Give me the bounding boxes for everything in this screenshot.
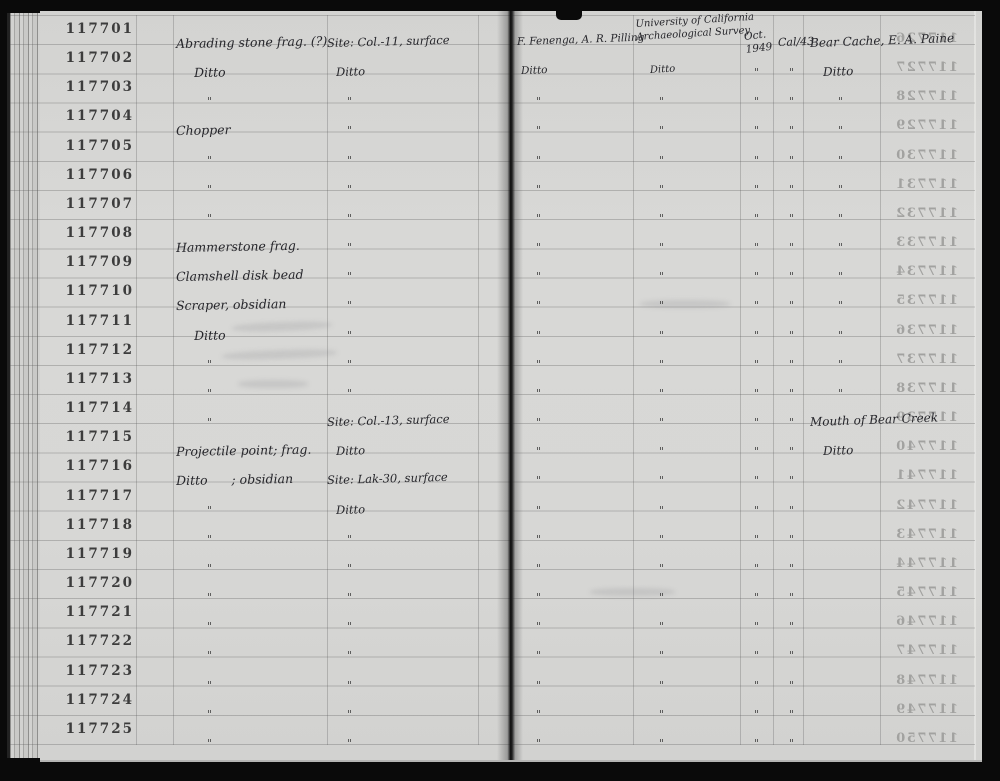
column-rule <box>633 15 634 745</box>
collector-entry: " <box>536 679 541 692</box>
description-entry: Clamshell disk bead <box>176 267 304 284</box>
institution-entry: " <box>659 212 664 225</box>
catalog-number: 117704 <box>40 108 134 124</box>
site-entry: " <box>347 358 352 371</box>
description-entry: Projectile point; frag. <box>176 442 312 459</box>
catalog-number: 117714 <box>40 400 134 416</box>
institution-entry: " <box>659 620 664 633</box>
accession-entry: " <box>789 387 794 400</box>
date-entry: " <box>754 533 759 546</box>
accession-entry: " <box>789 212 794 225</box>
ghost-number: 117735 <box>880 293 958 308</box>
collector-entry: Ditto <box>521 64 548 77</box>
description-entry: " <box>207 562 212 575</box>
institution-entry: " <box>659 679 664 692</box>
ghost-number: 117740 <box>880 439 958 454</box>
ledger-photo: 117701117726Abrading stone frag. (?)Site… <box>0 0 1000 781</box>
collector-entry: " <box>536 562 541 575</box>
catalog-number: 117703 <box>40 79 134 95</box>
accession-entry: " <box>789 533 794 546</box>
site-entry: Ditto <box>336 502 365 517</box>
accession-entry: " <box>789 183 794 196</box>
ghost-number: 117733 <box>880 235 958 250</box>
description-entry: " <box>207 212 212 225</box>
binding-notch <box>556 11 582 20</box>
collector-entry: " <box>536 649 541 662</box>
locality-entry: " <box>838 241 843 254</box>
site-entry: Ditto <box>336 64 365 79</box>
ghost-number: 117746 <box>880 614 958 629</box>
institution-entry: " <box>659 241 664 254</box>
column-rule <box>740 15 741 745</box>
ghost-number: 117741 <box>880 468 958 483</box>
ghost-number: 117732 <box>880 206 958 221</box>
institution-entry: " <box>659 533 664 546</box>
accession-entry: " <box>789 620 794 633</box>
column-rule <box>803 15 804 745</box>
date-entry: " <box>754 445 759 458</box>
date-entry: " <box>754 737 759 750</box>
catalog-number: 117705 <box>40 138 134 154</box>
locality-entry: Ditto <box>823 443 854 458</box>
catalog-number: 117710 <box>40 283 134 299</box>
site-entry: " <box>347 212 352 225</box>
date-entry: Oct.1949 <box>743 28 773 57</box>
accession-entry: " <box>789 679 794 692</box>
collector-entry: " <box>536 329 541 342</box>
catalog-number: 117725 <box>40 721 134 737</box>
date-entry: " <box>754 124 759 137</box>
catalog-number: 117722 <box>40 633 134 649</box>
accession-entry: " <box>789 299 794 312</box>
description-entry: " <box>207 679 212 692</box>
ink-bleedthrough-smudge <box>238 380 308 388</box>
institution-entry: " <box>659 562 664 575</box>
date-entry: " <box>754 66 759 79</box>
institution-entry: " <box>659 649 664 662</box>
accession-entry: " <box>789 95 794 108</box>
description-entry: " <box>207 387 212 400</box>
description-entry: " <box>207 533 212 546</box>
catalog-number: 117716 <box>40 458 134 474</box>
description-entry: " <box>207 591 212 604</box>
catalog-number: 117718 <box>40 517 134 533</box>
date-entry: " <box>754 416 759 429</box>
catalog-number: 117720 <box>40 575 134 591</box>
description-entry: " <box>207 708 212 721</box>
site-entry: " <box>347 329 352 342</box>
site-entry: " <box>347 154 352 167</box>
site-entry: " <box>347 533 352 546</box>
ghost-number: 117730 <box>880 148 958 163</box>
column-rule <box>136 15 137 745</box>
collector-entry: " <box>536 445 541 458</box>
locality-entry: " <box>838 124 843 137</box>
description-entry: " <box>207 154 212 167</box>
collector-entry: " <box>536 416 541 429</box>
ghost-number: 117731 <box>880 177 958 192</box>
site-entry: " <box>347 299 352 312</box>
institution-entry: " <box>659 124 664 137</box>
institution-entry: " <box>659 95 664 108</box>
date-entry: " <box>754 649 759 662</box>
ghost-number: 117734 <box>880 264 958 279</box>
site-entry: " <box>347 620 352 633</box>
collector-entry: " <box>536 591 541 604</box>
page-gutter <box>497 11 523 760</box>
date-entry: " <box>754 708 759 721</box>
description-entry: " <box>207 416 212 429</box>
date-entry: " <box>754 358 759 371</box>
site-entry: " <box>347 270 352 283</box>
description-entry: Abrading stone frag. (?) <box>176 33 328 51</box>
description-entry: " <box>207 620 212 633</box>
locality-entry: " <box>838 358 843 371</box>
description-entry: Ditto <box>194 327 226 343</box>
site-entry: " <box>347 679 352 692</box>
ghost-number: 117736 <box>880 323 958 338</box>
catalog-number: 117717 <box>40 488 134 504</box>
collector-entry: " <box>536 708 541 721</box>
site-entry: " <box>347 95 352 108</box>
site-entry: " <box>347 124 352 137</box>
institution-entry: " <box>659 358 664 371</box>
institution-entry: " <box>659 708 664 721</box>
catalog-number: 117712 <box>40 342 134 358</box>
catalog-number: 117702 <box>40 50 134 66</box>
description-entry: Ditto ; obsidian <box>176 471 293 488</box>
ghost-number: 117737 <box>880 352 958 367</box>
description-entry: Ditto <box>194 65 226 81</box>
site-entry: " <box>347 241 352 254</box>
description-entry: " <box>207 358 212 371</box>
institution-entry: Ditto <box>650 64 676 77</box>
site-entry: Ditto <box>336 443 365 458</box>
date-entry: " <box>754 154 759 167</box>
site-entry: " <box>347 387 352 400</box>
accession-entry: " <box>789 737 794 750</box>
catalog-number: 117701 <box>40 21 134 37</box>
collector-entry: " <box>536 504 541 517</box>
collector-entry: " <box>536 241 541 254</box>
locality-entry: " <box>838 299 843 312</box>
ghost-number: 117745 <box>880 585 958 600</box>
institution-entry: " <box>659 445 664 458</box>
date-entry: " <box>754 95 759 108</box>
catalog-number: 117724 <box>40 692 134 708</box>
date-entry: " <box>754 591 759 604</box>
accession-entry: " <box>789 124 794 137</box>
accession-entry: " <box>789 241 794 254</box>
collector-entry: " <box>536 474 541 487</box>
description-entry: " <box>207 737 212 750</box>
column-rule <box>173 15 174 745</box>
site-entry: " <box>347 737 352 750</box>
collector-entry: " <box>536 737 541 750</box>
accession-entry: " <box>789 562 794 575</box>
collector-entry: " <box>536 212 541 225</box>
collector-entry: " <box>536 95 541 108</box>
date-entry: " <box>754 474 759 487</box>
catalog-number: 117709 <box>40 254 134 270</box>
ghost-number: 117742 <box>880 498 958 513</box>
site-entry: " <box>347 649 352 662</box>
institution-entry: " <box>659 474 664 487</box>
date-entry: " <box>754 679 759 692</box>
catalog-number: 117706 <box>40 167 134 183</box>
date-entry: " <box>754 183 759 196</box>
collector-entry: " <box>536 533 541 546</box>
catalog-number: 117715 <box>40 429 134 445</box>
accession-entry: " <box>789 474 794 487</box>
ghost-number: 117747 <box>880 643 958 658</box>
site-entry: " <box>347 562 352 575</box>
ghost-number: 117749 <box>880 702 958 717</box>
date-entry: " <box>754 212 759 225</box>
ghost-number: 117750 <box>880 731 958 746</box>
catalog-number: 117723 <box>40 663 134 679</box>
institution-entry: " <box>659 387 664 400</box>
locality-entry: " <box>838 212 843 225</box>
description-entry: Chopper <box>176 123 231 139</box>
catalog-number: 117708 <box>40 225 134 241</box>
institution-entry: " <box>659 329 664 342</box>
site-entry: " <box>347 183 352 196</box>
description-entry: " <box>207 649 212 662</box>
date-entry: " <box>754 270 759 283</box>
date-entry: " <box>754 620 759 633</box>
ghost-number: 117738 <box>880 381 958 396</box>
institution-entry: " <box>659 154 664 167</box>
collector-entry: " <box>536 270 541 283</box>
accession-entry: " <box>789 66 794 79</box>
institution-entry: " <box>659 270 664 283</box>
accession-entry: " <box>789 591 794 604</box>
ghost-number: 117728 <box>880 89 958 104</box>
accession-entry: " <box>789 329 794 342</box>
catalog-number: 117713 <box>40 371 134 387</box>
catalog-number: 117719 <box>40 546 134 562</box>
accession-entry: " <box>789 154 794 167</box>
site-entry: " <box>347 708 352 721</box>
ink-bleedthrough-smudge <box>640 300 730 308</box>
collector-entry: " <box>536 183 541 196</box>
catalog-number: 117707 <box>40 196 134 212</box>
accession-entry: " <box>789 649 794 662</box>
institution-entry: " <box>659 183 664 196</box>
ghost-number: 117748 <box>880 673 958 688</box>
collector-entry: " <box>536 620 541 633</box>
collector-entry: " <box>536 387 541 400</box>
collector-entry: " <box>536 154 541 167</box>
institution-entry: " <box>659 416 664 429</box>
description-entry: " <box>207 95 212 108</box>
description-entry: " <box>207 504 212 517</box>
accession-entry: " <box>789 708 794 721</box>
date-entry: " <box>754 241 759 254</box>
column-rule <box>327 15 328 745</box>
column-rule <box>773 15 774 745</box>
accession-entry: " <box>789 445 794 458</box>
collector-entry: " <box>536 299 541 312</box>
institution-entry: " <box>659 737 664 750</box>
accession-entry: " <box>789 504 794 517</box>
date-entry: " <box>754 562 759 575</box>
date-entry: " <box>754 329 759 342</box>
description-entry: " <box>207 183 212 196</box>
institution-entry: " <box>659 591 664 604</box>
description-entry: Scraper, obsidian <box>176 297 287 314</box>
accession-entry: " <box>789 270 794 283</box>
accession-entry: " <box>789 358 794 371</box>
catalog-number: 117711 <box>40 313 134 329</box>
row-rules <box>10 15 975 746</box>
locality-entry: " <box>838 95 843 108</box>
ghost-number: 117727 <box>880 60 958 75</box>
catalog-number: 117721 <box>40 604 134 620</box>
date-entry: " <box>754 299 759 312</box>
locality-entry: " <box>838 183 843 196</box>
date-entry: " <box>754 387 759 400</box>
date-entry: " <box>754 504 759 517</box>
locality-entry: " <box>838 387 843 400</box>
collector-entry: " <box>536 358 541 371</box>
locality-entry: " <box>838 270 843 283</box>
site-entry: " <box>347 591 352 604</box>
locality-entry: Ditto <box>823 64 854 79</box>
ghost-number: 117744 <box>880 556 958 571</box>
accession-entry: " <box>789 416 794 429</box>
collector-entry: " <box>536 124 541 137</box>
locality-entry: " <box>838 329 843 342</box>
ghost-number: 117743 <box>880 527 958 542</box>
column-rule <box>478 15 479 745</box>
description-entry: Hammerstone frag. <box>176 238 300 255</box>
locality-entry: " <box>838 154 843 167</box>
institution-entry: " <box>659 299 664 312</box>
ghost-number: 117729 <box>880 118 958 133</box>
institution-entry: " <box>659 504 664 517</box>
